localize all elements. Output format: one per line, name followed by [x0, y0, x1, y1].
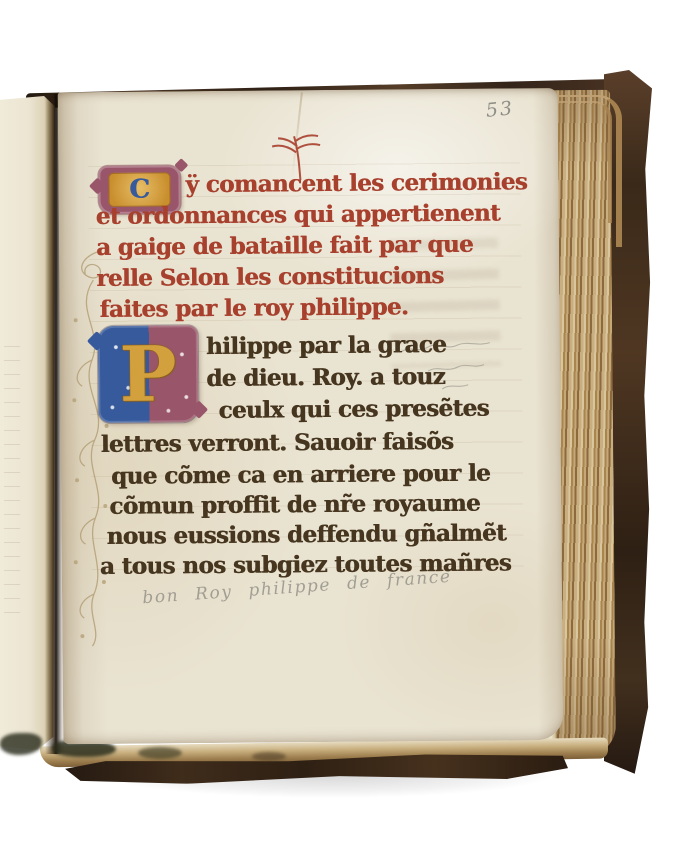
manuscript-photo: 53 [0, 0, 700, 849]
manuscript-page: 53 [58, 88, 564, 744]
text-line: cõmun proffit de nr̃e royaume [109, 490, 480, 520]
stacked-page-corner [556, 101, 612, 223]
initial-p-letter: P [119, 336, 177, 412]
text-line: que cõme ca en arriere pour le [111, 460, 490, 490]
worn-binding-debris [138, 747, 182, 759]
folio-number: 53 [485, 97, 515, 122]
rubric-line: relle Selon les constitucions [96, 262, 444, 292]
text-line: hilippe par la grace [206, 331, 446, 360]
vellum-crease [291, 92, 303, 178]
text-line: nous eussions deffendu gñalmẽt [106, 519, 506, 549]
rubric-line: faites par le roy philippe. [99, 293, 408, 323]
rubric-line: ÿ comancent les cerimonies [185, 168, 527, 198]
text-line: ceulx qui ces presẽtes [218, 395, 489, 424]
rubric-line: a gaige de bataille fait par que [96, 231, 473, 261]
worn-binding-debris [252, 752, 286, 761]
illuminated-initial-p: P [98, 325, 199, 423]
rubric-line: et ordonnances qui appertienent [96, 199, 501, 230]
text-line: lettres verront. Sauoir faisõs [101, 428, 454, 458]
text-line: de dieu. Roy. a touz [206, 363, 445, 392]
